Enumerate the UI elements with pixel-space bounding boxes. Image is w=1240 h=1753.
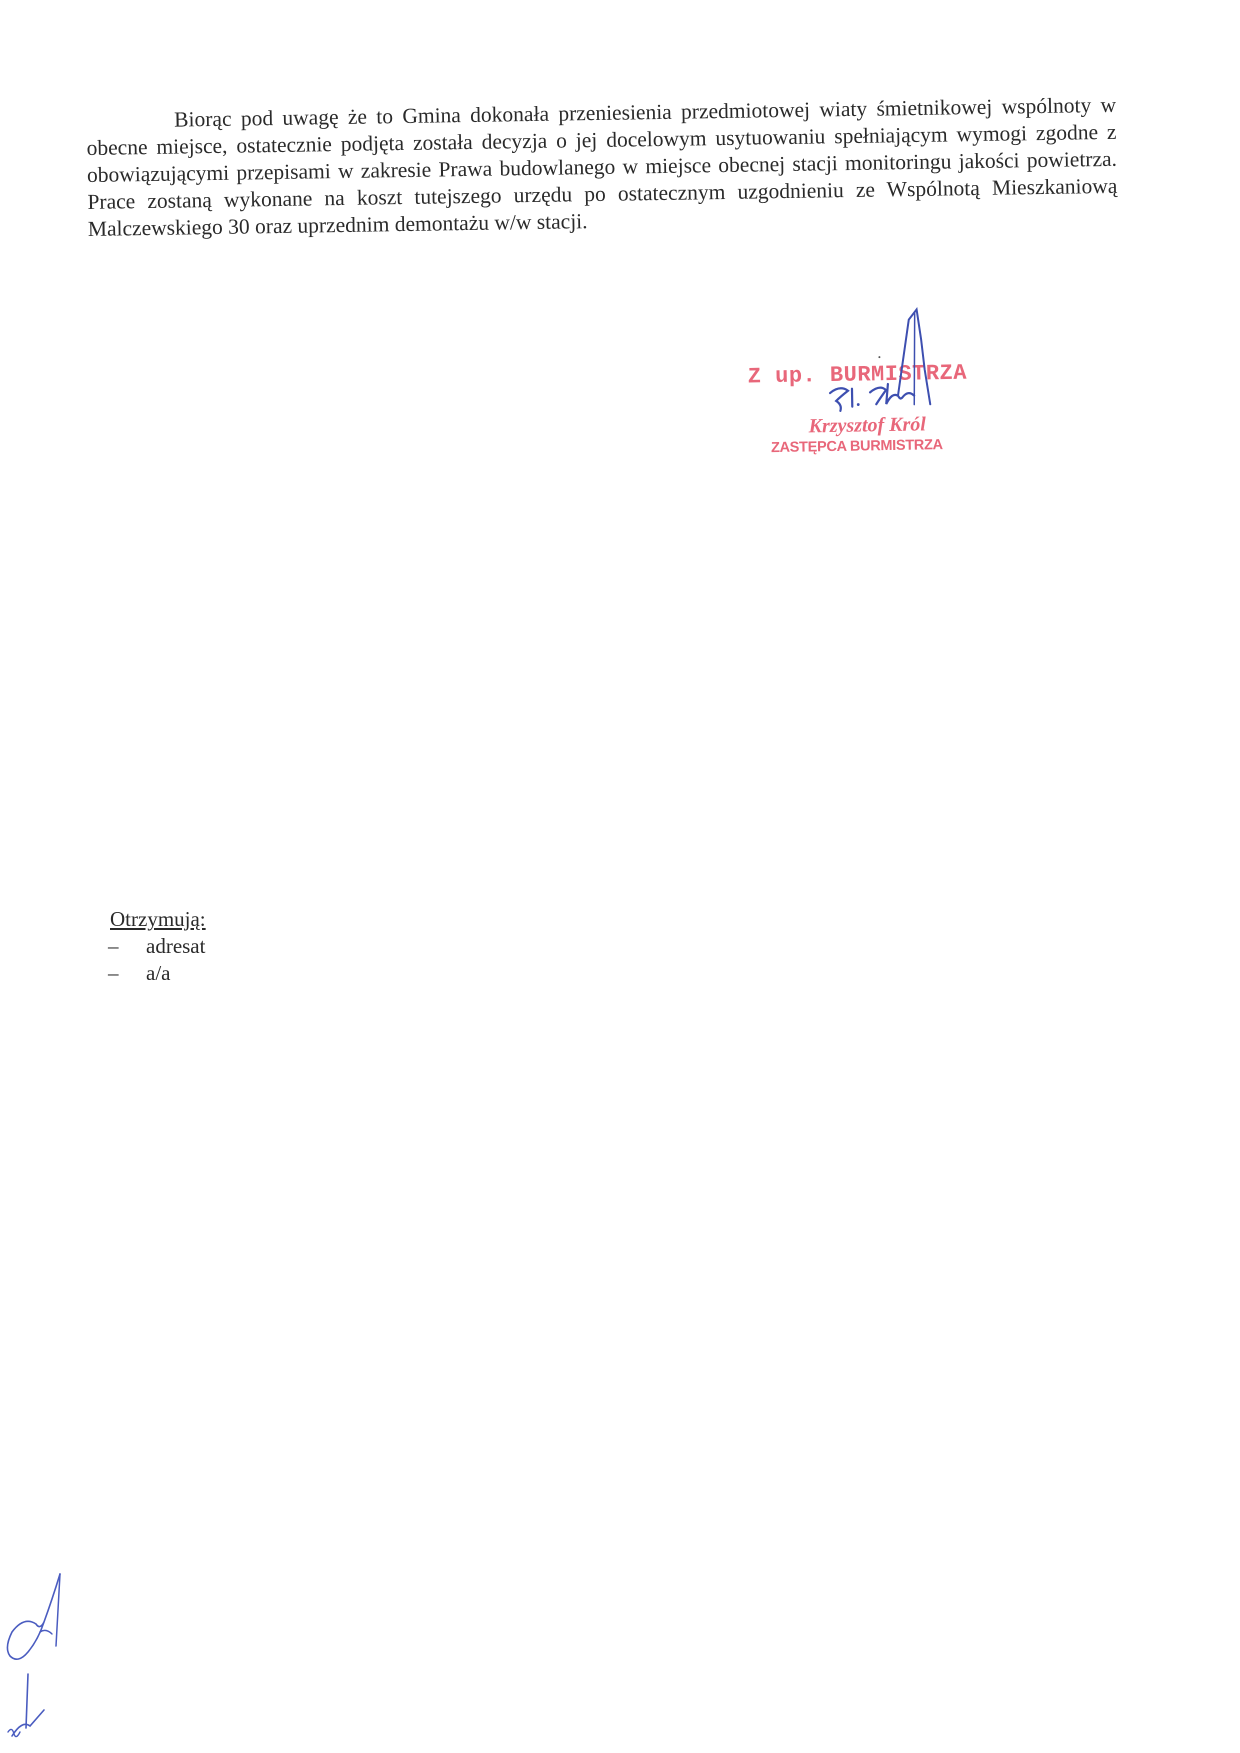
recipient-label: a/a (146, 960, 170, 987)
document-page: Biorąc pod uwagę że to Gmina dokonała pr… (0, 0, 1240, 1753)
recipient-item: – adresat (108, 933, 206, 960)
body-text: Biorąc pod uwagę że to Gmina dokonała pr… (86, 92, 1118, 243)
bullet-dash: – (108, 933, 146, 960)
recipient-item: – a/a (108, 960, 206, 987)
stamp-signatory-name: Krzysztof Król (808, 413, 926, 438)
stamp-signatory-title: ZASTĘPCA BURMISTRZA (771, 437, 943, 456)
official-stamp: Z up. BURMISTRZA Krzysztof Król ZASTĘPCA… (738, 297, 1041, 482)
handwritten-initials-icon (0, 1560, 120, 1753)
recipient-label: adresat (146, 933, 205, 960)
recipients-list: Otrzymują: – adresat – a/a (108, 906, 206, 987)
stamp-authorization-line: Z up. BURMISTRZA (748, 361, 968, 390)
recipients-title: Otrzymują: (108, 906, 206, 933)
body-paragraph: Biorąc pod uwagę że to Gmina dokonała pr… (86, 92, 1118, 243)
bullet-dash: – (108, 960, 146, 987)
